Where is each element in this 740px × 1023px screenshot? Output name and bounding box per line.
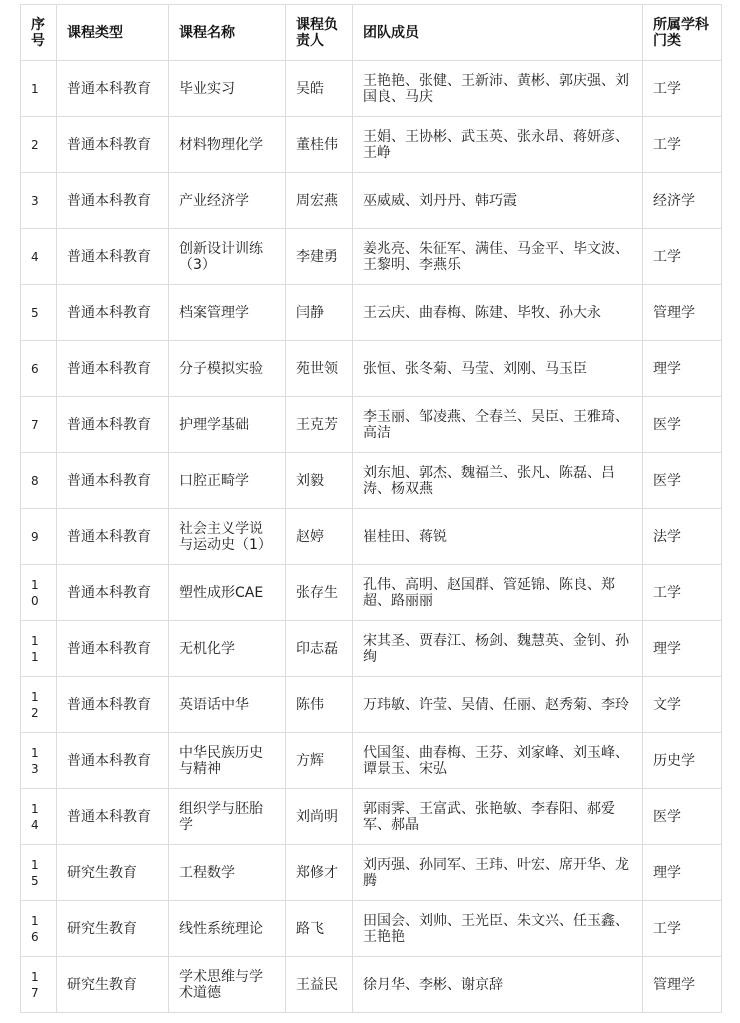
cell-course-type: 普通本科教育: [57, 621, 169, 677]
cell-course-type: 普通本科教育: [57, 173, 169, 229]
header-members: 团队成员: [353, 5, 643, 61]
table-row: 13普通本科教育中华民族历史与精神方辉代国玺、曲春梅、王芬、刘家峰、刘玉峰、谭景…: [21, 733, 722, 789]
cell-members: 姜兆亮、朱征军、满佳、马金平、毕文波、王黎明、李燕乐: [353, 229, 643, 285]
table-row: 5普通本科教育档案管理学闫静王云庆、曲春梅、陈建、毕牧、孙大永管理学: [21, 285, 722, 341]
cell-discipline: 管理学: [643, 957, 722, 1013]
cell-members: 孔伟、高明、赵国群、管延锦、陈良、郑超、路丽丽: [353, 565, 643, 621]
cell-leader: 苑世领: [286, 341, 353, 397]
cell-leader: 印志磊: [286, 621, 353, 677]
cell-leader: 方辉: [286, 733, 353, 789]
table-row: 17研究生教育学术思维与学术道德王益民徐月华、李彬、谢京辞管理学: [21, 957, 722, 1013]
table-row: 14普通本科教育组织学与胚胎学刘尚明郭雨霁、王富武、张艳敏、李春阳、郝爱军、郝晶…: [21, 789, 722, 845]
cell-members: 刘丙强、孙同军、王玮、叶宏、席开华、龙腾: [353, 845, 643, 901]
cell-index: 14: [21, 789, 57, 845]
cell-members: 王艳艳、张健、王新沛、黄彬、郭庆强、刘国良、马庆: [353, 61, 643, 117]
cell-leader: 王克芳: [286, 397, 353, 453]
cell-course-name: 口腔正畸学: [169, 453, 286, 509]
table-row: 15研究生教育工程数学郑修才刘丙强、孙同军、王玮、叶宏、席开华、龙腾理学: [21, 845, 722, 901]
table-row: 8普通本科教育口腔正畸学刘毅刘东旭、郭杰、魏福兰、张凡、陈磊、吕涛、杨双燕医学: [21, 453, 722, 509]
table-row: 6普通本科教育分子模拟实验苑世领张恒、张冬菊、马莹、刘刚、马玉臣理学: [21, 341, 722, 397]
cell-course-name: 护理学基础: [169, 397, 286, 453]
course-table: 序号 课程类型 课程名称 课程负责人 团队成员 所属学科门类 1普通本科教育毕业…: [20, 4, 722, 1013]
cell-course-name: 线性系统理论: [169, 901, 286, 957]
cell-members: 徐月华、李彬、谢京辞: [353, 957, 643, 1013]
table-row: 9普通本科教育社会主义学说与运动史（1）赵婷崔桂田、蒋锐法学: [21, 509, 722, 565]
cell-discipline: 医学: [643, 397, 722, 453]
cell-course-name: 产业经济学: [169, 173, 286, 229]
cell-course-name: 无机化学: [169, 621, 286, 677]
cell-index: 16: [21, 901, 57, 957]
cell-discipline: 工学: [643, 229, 722, 285]
table-row: 16研究生教育线性系统理论路飞田国会、刘帅、王光臣、朱文兴、任玉鑫、王艳艳工学: [21, 901, 722, 957]
table-body: 1普通本科教育毕业实习吴皓王艳艳、张健、王新沛、黄彬、郭庆强、刘国良、马庆工学2…: [21, 61, 722, 1013]
cell-leader: 董桂伟: [286, 117, 353, 173]
cell-discipline: 医学: [643, 789, 722, 845]
cell-members: 崔桂田、蒋锐: [353, 509, 643, 565]
cell-index: 7: [21, 397, 57, 453]
cell-members: 李玉丽、邹凌燕、仝春兰、吴臣、王雅琦、高洁: [353, 397, 643, 453]
cell-course-type: 普通本科教育: [57, 117, 169, 173]
cell-index: 6: [21, 341, 57, 397]
cell-discipline: 工学: [643, 61, 722, 117]
cell-leader: 郑修才: [286, 845, 353, 901]
cell-course-type: 普通本科教育: [57, 565, 169, 621]
cell-index: 9: [21, 509, 57, 565]
cell-course-type: 普通本科教育: [57, 789, 169, 845]
cell-index: 2: [21, 117, 57, 173]
header-index: 序号: [21, 5, 57, 61]
cell-leader: 张存生: [286, 565, 353, 621]
header-leader: 课程负责人: [286, 5, 353, 61]
cell-discipline: 医学: [643, 453, 722, 509]
cell-course-name: 分子模拟实验: [169, 341, 286, 397]
cell-course-type: 普通本科教育: [57, 341, 169, 397]
cell-members: 王娟、王协彬、武玉英、张永昂、蒋妍彦、王峥: [353, 117, 643, 173]
header-discipline: 所属学科门类: [643, 5, 722, 61]
cell-members: 王云庆、曲春梅、陈建、毕牧、孙大永: [353, 285, 643, 341]
cell-index: 17: [21, 957, 57, 1013]
cell-members: 郭雨霁、王富武、张艳敏、李春阳、郝爱军、郝晶: [353, 789, 643, 845]
table-row: 12普通本科教育英语话中华陈伟万玮敏、许莹、吴倩、任丽、赵秀菊、李玲文学: [21, 677, 722, 733]
cell-course-type: 普通本科教育: [57, 229, 169, 285]
table-row: 10普通本科教育塑性成形CAE张存生孔伟、高明、赵国群、管延锦、陈良、郑超、路丽…: [21, 565, 722, 621]
cell-index: 13: [21, 733, 57, 789]
cell-course-name: 中华民族历史与精神: [169, 733, 286, 789]
cell-index: 8: [21, 453, 57, 509]
cell-leader: 赵婷: [286, 509, 353, 565]
cell-members: 代国玺、曲春梅、王芬、刘家峰、刘玉峰、谭景玉、宋弘: [353, 733, 643, 789]
cell-discipline: 理学: [643, 845, 722, 901]
cell-index: 3: [21, 173, 57, 229]
cell-discipline: 管理学: [643, 285, 722, 341]
header-course-type: 课程类型: [57, 5, 169, 61]
cell-leader: 陈伟: [286, 677, 353, 733]
cell-course-name: 社会主义学说与运动史（1）: [169, 509, 286, 565]
cell-discipline: 法学: [643, 509, 722, 565]
cell-leader: 吴皓: [286, 61, 353, 117]
cell-course-type: 普通本科教育: [57, 733, 169, 789]
cell-course-type: 普通本科教育: [57, 677, 169, 733]
cell-discipline: 理学: [643, 621, 722, 677]
cell-discipline: 文学: [643, 677, 722, 733]
cell-course-type: 普通本科教育: [57, 453, 169, 509]
cell-leader: 刘尚明: [286, 789, 353, 845]
cell-discipline: 历史学: [643, 733, 722, 789]
cell-members: 张恒、张冬菊、马莹、刘刚、马玉臣: [353, 341, 643, 397]
cell-leader: 李建勇: [286, 229, 353, 285]
table-row: 3普通本科教育产业经济学周宏燕巫威威、刘丹丹、韩巧霞经济学: [21, 173, 722, 229]
cell-course-name: 材料物理化学: [169, 117, 286, 173]
cell-index: 10: [21, 565, 57, 621]
cell-index: 11: [21, 621, 57, 677]
table-row: 4普通本科教育创新设计训练（3）李建勇姜兆亮、朱征军、满佳、马金平、毕文波、王黎…: [21, 229, 722, 285]
cell-course-name: 英语话中华: [169, 677, 286, 733]
cell-course-type: 普通本科教育: [57, 61, 169, 117]
table-row: 11普通本科教育无机化学印志磊宋其圣、贾春江、杨剑、魏慧英、金钊、孙绚理学: [21, 621, 722, 677]
cell-members: 宋其圣、贾春江、杨剑、魏慧英、金钊、孙绚: [353, 621, 643, 677]
header-row: 序号 课程类型 课程名称 课程负责人 团队成员 所属学科门类: [21, 5, 722, 61]
header-course-name: 课程名称: [169, 5, 286, 61]
table-row: 1普通本科教育毕业实习吴皓王艳艳、张健、王新沛、黄彬、郭庆强、刘国良、马庆工学: [21, 61, 722, 117]
cell-course-name: 工程数学: [169, 845, 286, 901]
cell-course-type: 普通本科教育: [57, 509, 169, 565]
cell-course-type: 研究生教育: [57, 845, 169, 901]
cell-index: 1: [21, 61, 57, 117]
cell-course-name: 档案管理学: [169, 285, 286, 341]
cell-course-type: 普通本科教育: [57, 285, 169, 341]
table-row: 2普通本科教育材料物理化学董桂伟王娟、王协彬、武玉英、张永昂、蒋妍彦、王峥工学: [21, 117, 722, 173]
cell-index: 4: [21, 229, 57, 285]
cell-discipline: 工学: [643, 565, 722, 621]
cell-leader: 王益民: [286, 957, 353, 1013]
cell-discipline: 工学: [643, 117, 722, 173]
cell-course-name: 学术思维与学术道德: [169, 957, 286, 1013]
table-row: 7普通本科教育护理学基础王克芳李玉丽、邹凌燕、仝春兰、吴臣、王雅琦、高洁医学: [21, 397, 722, 453]
cell-course-name: 塑性成形CAE: [169, 565, 286, 621]
cell-index: 15: [21, 845, 57, 901]
cell-members: 刘东旭、郭杰、魏福兰、张凡、陈磊、吕涛、杨双燕: [353, 453, 643, 509]
cell-members: 万玮敏、许莹、吴倩、任丽、赵秀菊、李玲: [353, 677, 643, 733]
cell-course-name: 组织学与胚胎学: [169, 789, 286, 845]
cell-discipline: 理学: [643, 341, 722, 397]
cell-leader: 路飞: [286, 901, 353, 957]
cell-members: 巫威威、刘丹丹、韩巧霞: [353, 173, 643, 229]
cell-members: 田国会、刘帅、王光臣、朱文兴、任玉鑫、王艳艳: [353, 901, 643, 957]
cell-course-name: 创新设计训练（3）: [169, 229, 286, 285]
cell-leader: 周宏燕: [286, 173, 353, 229]
cell-discipline: 经济学: [643, 173, 722, 229]
cell-index: 5: [21, 285, 57, 341]
cell-leader: 闫静: [286, 285, 353, 341]
cell-course-name: 毕业实习: [169, 61, 286, 117]
cell-course-type: 研究生教育: [57, 901, 169, 957]
cell-discipline: 工学: [643, 901, 722, 957]
cell-index: 12: [21, 677, 57, 733]
cell-course-type: 普通本科教育: [57, 397, 169, 453]
cell-leader: 刘毅: [286, 453, 353, 509]
cell-course-type: 研究生教育: [57, 957, 169, 1013]
